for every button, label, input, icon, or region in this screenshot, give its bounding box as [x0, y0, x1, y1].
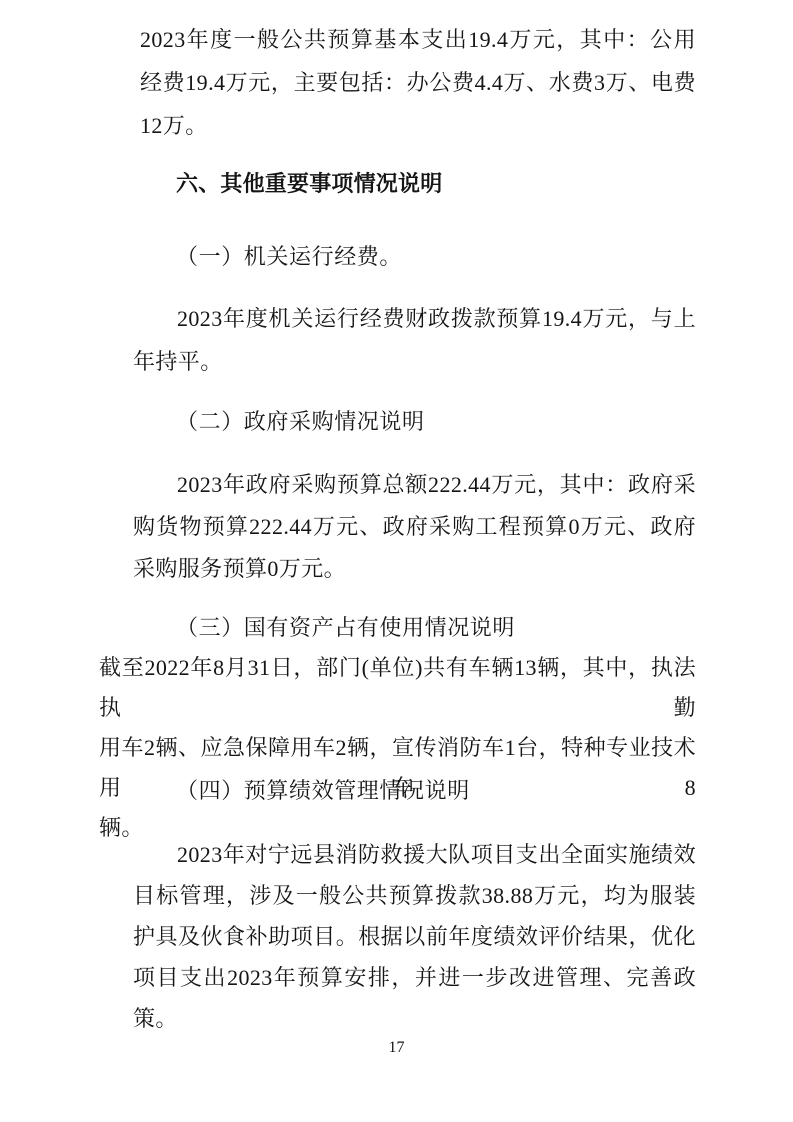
subheading-3: （三）国有资产占有使用情况说明	[99, 606, 696, 649]
paragraph-line: 经费19.4万元，主要包括：办公费4.4万、水费3万、电费	[99, 61, 696, 104]
subheading-2: （二）政府采购情况说明	[99, 400, 696, 443]
paragraph-line: 2023年度机关运行经费财政拨款预算19.4万元，与上	[99, 297, 696, 340]
paragraph-yusuan-jixiao: 2023年对宁远县消防救援大队项目支出全面实施绩效 目标管理，涉及一般公共预算拨…	[99, 834, 696, 1039]
subheading-2-block: （二）政府采购情况说明	[99, 400, 696, 443]
paragraph-line: 项目支出2023年预算安排，并进一步改进管理、完善政	[99, 957, 696, 998]
document-page: 2023年度一般公共预算基本支出19.4万元，其中：公用 经费19.4万元，主要…	[0, 0, 793, 1122]
paragraph-line: 截至2022年8月31日，部门(单位)共有车辆13辆，其中，执法执勤	[99, 648, 696, 728]
paragraph-jiguan-yunxing: 2023年度机关运行经费财政拨款预算19.4万元，与上 年持平。	[99, 297, 696, 383]
paragraph-line: 护具及伙食补助项目。根据以前年度绩效评价结果，优化	[99, 916, 696, 957]
section-six-heading-block: 六、其他重要事项情况说明	[99, 162, 696, 205]
section-heading: 六、其他重要事项情况说明	[99, 162, 696, 205]
subheading-3-block: （三）国有资产占有使用情况说明	[99, 606, 696, 649]
paragraph-line: 购货物预算222.44万元、政府采购工程预算0万元、政府	[99, 506, 696, 548]
subheading-4-block: （四）预算绩效管理情况说明	[99, 769, 696, 812]
subheading-4: （四）预算绩效管理情况说明	[99, 769, 696, 812]
paragraph-basic-expense: 2023年度一般公共预算基本支出19.4万元，其中：公用 经费19.4万元，主要…	[99, 18, 696, 147]
paragraph-line: 2023年度一般公共预算基本支出19.4万元，其中：公用	[99, 18, 696, 61]
paragraph-guoyou-zichan: 截至2022年8月31日，部门(单位)共有车辆13辆，其中，执法执勤 用车2辆、…	[99, 648, 696, 848]
paragraph-line: 采购服务预算0万元。	[99, 548, 696, 590]
paragraph-line: 12万。	[99, 104, 696, 147]
paragraph-zhengfu-caigou: 2023年政府采购预算总额222.44万元，其中：政府采 购货物预算222.44…	[99, 464, 696, 590]
paragraph-line: 2023年对宁远县消防救援大队项目支出全面实施绩效	[99, 834, 696, 875]
page-number: 17	[0, 1038, 793, 1058]
paragraph-line: 目标管理，涉及一般公共预算拨款38.88万元，均为服装	[99, 875, 696, 916]
subheading-1-block: （一）机关运行经费。	[99, 235, 696, 278]
paragraph-line: 策。	[99, 998, 696, 1039]
subheading-1: （一）机关运行经费。	[99, 235, 696, 278]
paragraph-line: 年持平。	[99, 340, 696, 383]
paragraph-line: 2023年政府采购预算总额222.44万元，其中：政府采	[99, 464, 696, 506]
